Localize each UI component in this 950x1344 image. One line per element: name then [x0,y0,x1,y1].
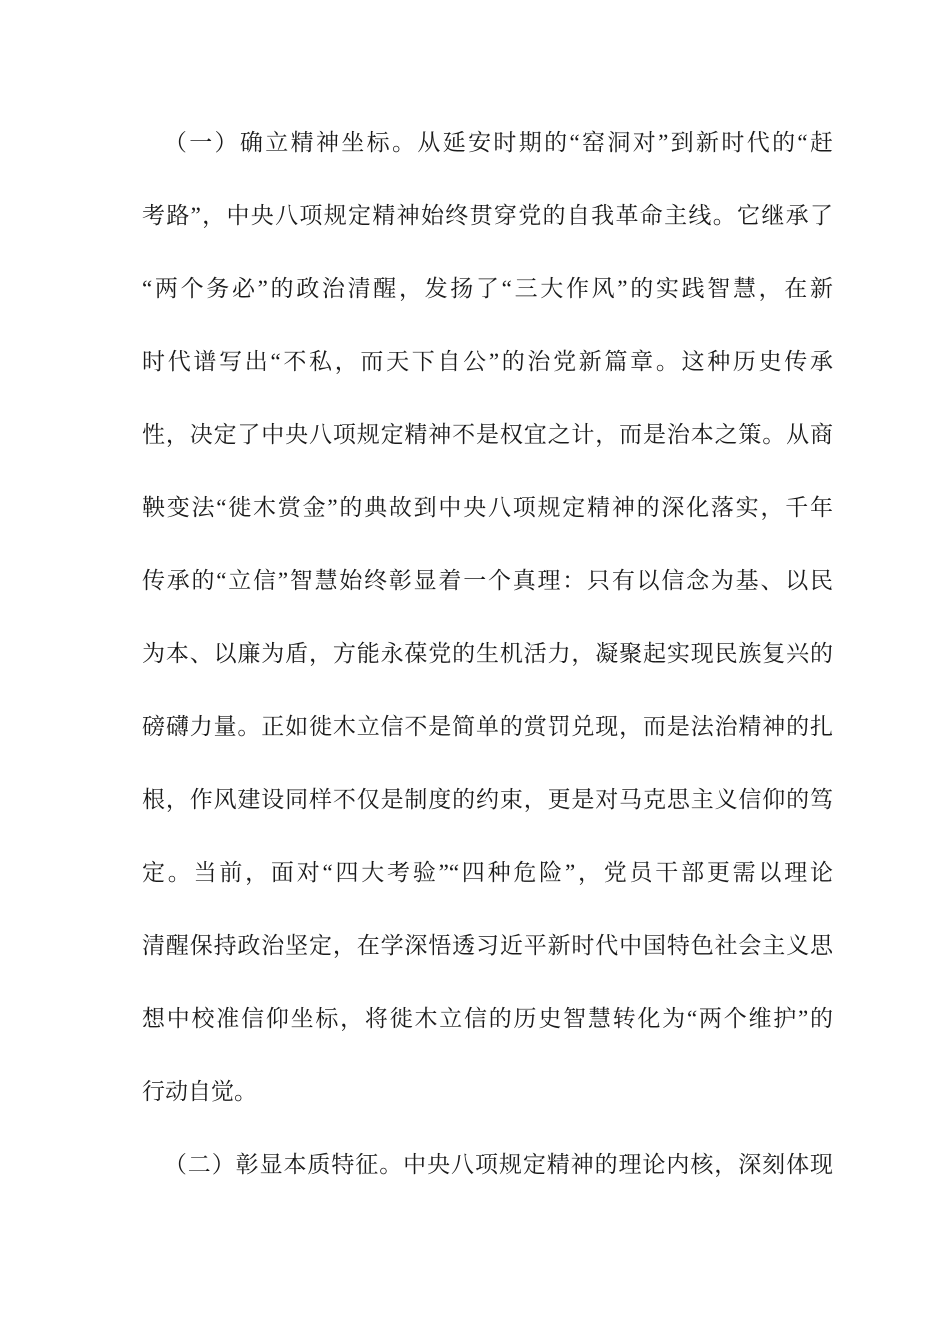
paragraph-2: （二）彰显本质特征。中央八项规定精神的理论内核，深刻体现 [142,1128,833,1201]
text-line: 想中校准信仰坐标，将徙木立信的历史智慧转化为“两个维护”的 [142,982,833,1055]
text-line: 根，作风建设同样不仅是制度的约束，更是对马克思主义信仰的笃 [142,763,833,836]
text-line: 考路”，中央八项规定精神始终贯穿党的自我革命主线。它继承了 [142,179,833,252]
paragraph-1: （一）确立精神坐标。从延安时期的“窑洞对”到新时代的“赶考路”，中央八项规定精神… [142,106,833,1128]
text-line: 鞅变法“徙木赏金”的典故到中央八项规定精神的深化落实，千年 [142,471,833,544]
text-line: 为本、以廉为盾，方能永葆党的生机活力，凝聚起实现民族复兴的 [142,617,833,690]
text-line: 清醒保持政治坚定，在学深悟透习近平新时代中国特色社会主义思 [142,909,833,982]
text-line: “两个务必”的政治清醒，发扬了“三大作风”的实践智慧，在新 [142,252,833,325]
text-line: 定。当前，面对“四大考验”“四种危险”，党员干部更需以理论 [142,836,833,909]
document-page: （一）确立精神坐标。从延安时期的“窑洞对”到新时代的“赶考路”，中央八项规定精神… [0,0,950,1344]
text-line: 磅礴力量。正如徙木立信不是简单的赏罚兑现，而是法治精神的扎 [142,690,833,763]
text-line: 性，决定了中央八项规定精神不是权宜之计，而是治本之策。从商 [142,398,833,471]
text-line: （一）确立精神坐标。从延安时期的“窑洞对”到新时代的“赶 [142,106,833,179]
text-line: （二）彰显本质特征。中央八项规定精神的理论内核，深刻体现 [142,1128,833,1201]
text-line: 行动自觉。 [142,1055,833,1128]
text-line: 传承的“立信”智慧始终彰显着一个真理：只有以信念为基、以民 [142,544,833,617]
document-body: （一）确立精神坐标。从延安时期的“窑洞对”到新时代的“赶考路”，中央八项规定精神… [0,0,950,1201]
text-line: 时代谱写出“不私，而天下自公”的治党新篇章。这种历史传承 [142,325,833,398]
